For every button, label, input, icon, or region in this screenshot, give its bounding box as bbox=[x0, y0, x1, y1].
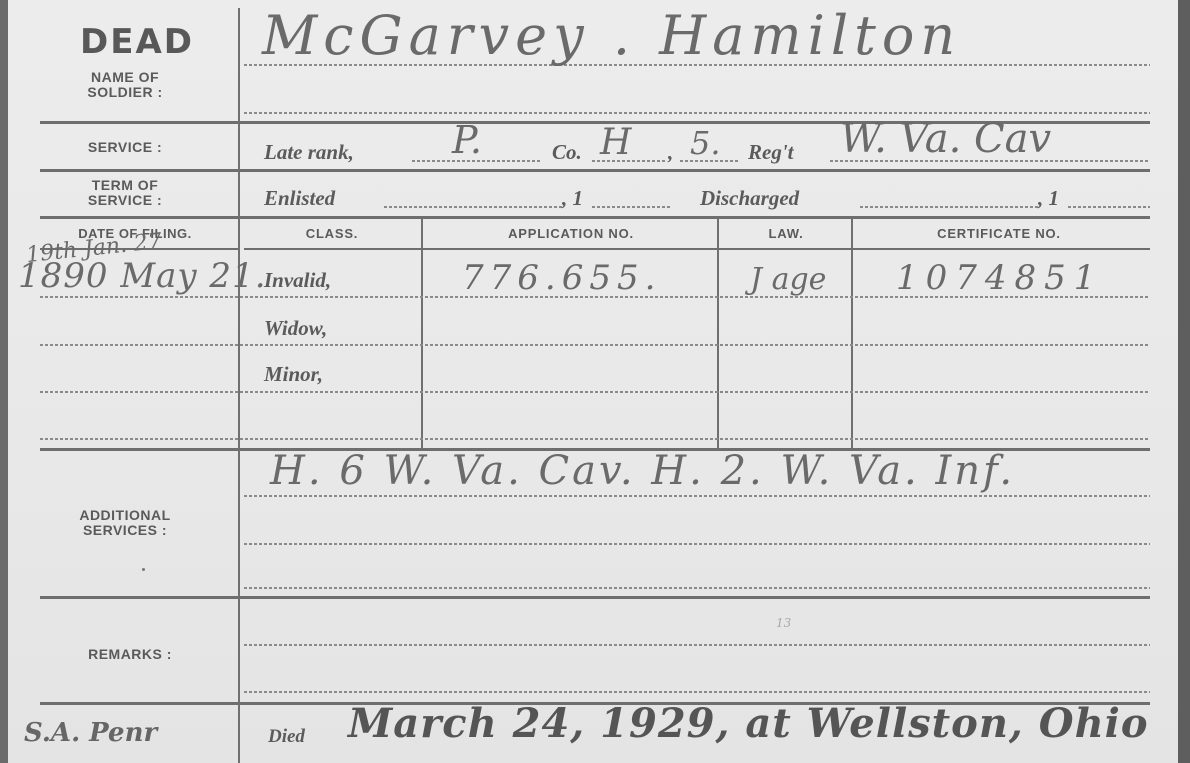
remarks-dotted-1 bbox=[244, 644, 1150, 646]
table-divider-application bbox=[717, 218, 719, 448]
date-of-filing: 1890 May 21. bbox=[18, 256, 267, 296]
row-rule-2 bbox=[40, 344, 1150, 346]
application-no-invalid: 776.655. bbox=[462, 258, 661, 298]
label-remarks: REMARKS : bbox=[65, 647, 195, 662]
rule-after-term bbox=[40, 216, 1150, 219]
name-dotted-line-2 bbox=[244, 112, 1150, 114]
discharged-year-dotted bbox=[1068, 206, 1150, 208]
late-rank-value: P. bbox=[452, 118, 482, 162]
discharged-dotted bbox=[860, 206, 1038, 208]
table-divider-class bbox=[421, 218, 423, 448]
col-certificate-no: CERTIFICATE NO. bbox=[854, 226, 1144, 241]
discharged-year-prefix: , 1 bbox=[1038, 186, 1059, 211]
additional-services-value: H. 6 W. Va. Cav. H. 2. W. Va. Inf. bbox=[270, 448, 1015, 494]
regiment-label: Reg't bbox=[748, 140, 794, 165]
enlisted-year-prefix: , 1 bbox=[562, 186, 583, 211]
company-label: Co. bbox=[552, 140, 582, 165]
table-divider-law bbox=[851, 218, 853, 448]
regiment-value: W. Va. Cav bbox=[840, 116, 1051, 162]
discharged-label: Discharged bbox=[700, 186, 799, 211]
class-widow: Widow, bbox=[264, 316, 327, 341]
header-rule-table bbox=[244, 248, 1150, 250]
class-invalid: Invalid, bbox=[264, 268, 331, 293]
comma: , bbox=[668, 140, 673, 165]
enlisted-label: Enlisted bbox=[264, 186, 335, 211]
regiment-number: 5. bbox=[690, 124, 721, 162]
label-service: SERVICE : bbox=[60, 140, 190, 155]
rule-after-service bbox=[40, 169, 1150, 172]
row-rule-3 bbox=[40, 391, 1150, 393]
col-application-no: APPLICATION NO. bbox=[424, 226, 718, 241]
bottom-note-left: S.A. Penr bbox=[24, 718, 157, 748]
row-rule-1 bbox=[40, 296, 1150, 298]
late-rank-label: Late rank, bbox=[264, 140, 354, 165]
died-label: Died bbox=[268, 726, 305, 748]
scan-border-right bbox=[1178, 0, 1190, 763]
certificate-no-invalid: 1074851 bbox=[896, 258, 1103, 298]
col-class: CLASS. bbox=[242, 226, 422, 241]
rule-after-additional bbox=[40, 596, 1150, 599]
enlisted-year-dotted bbox=[592, 206, 672, 208]
additional-dotted-2 bbox=[244, 543, 1150, 545]
dead-stamp: DEAD bbox=[52, 22, 222, 62]
label-term-of-service: TERM OF SERVICE : bbox=[70, 178, 180, 208]
died-text: March 24, 1929, at Wellston, Ohio bbox=[348, 700, 1149, 747]
ink-dot bbox=[142, 568, 145, 571]
soldier-name: McGarvey . Hamilton bbox=[262, 4, 961, 67]
remarks-dotted-2 bbox=[244, 691, 1150, 693]
label-additional-services: ADDITIONAL SERVICES : bbox=[65, 508, 185, 538]
law-invalid: J age bbox=[750, 262, 826, 297]
col-law: LAW. bbox=[720, 226, 852, 241]
row-rule-4 bbox=[40, 438, 1150, 440]
scan-border-left bbox=[0, 0, 8, 763]
stray-mark: 13 bbox=[776, 616, 791, 630]
class-minor: Minor, bbox=[264, 362, 323, 387]
company-value: H bbox=[600, 122, 631, 163]
additional-dotted-1 bbox=[244, 495, 1150, 497]
enlisted-dotted bbox=[384, 206, 562, 208]
additional-dotted-3 bbox=[244, 587, 1150, 589]
label-name-of-soldier: NAME OF SOLDIER : bbox=[60, 70, 190, 100]
